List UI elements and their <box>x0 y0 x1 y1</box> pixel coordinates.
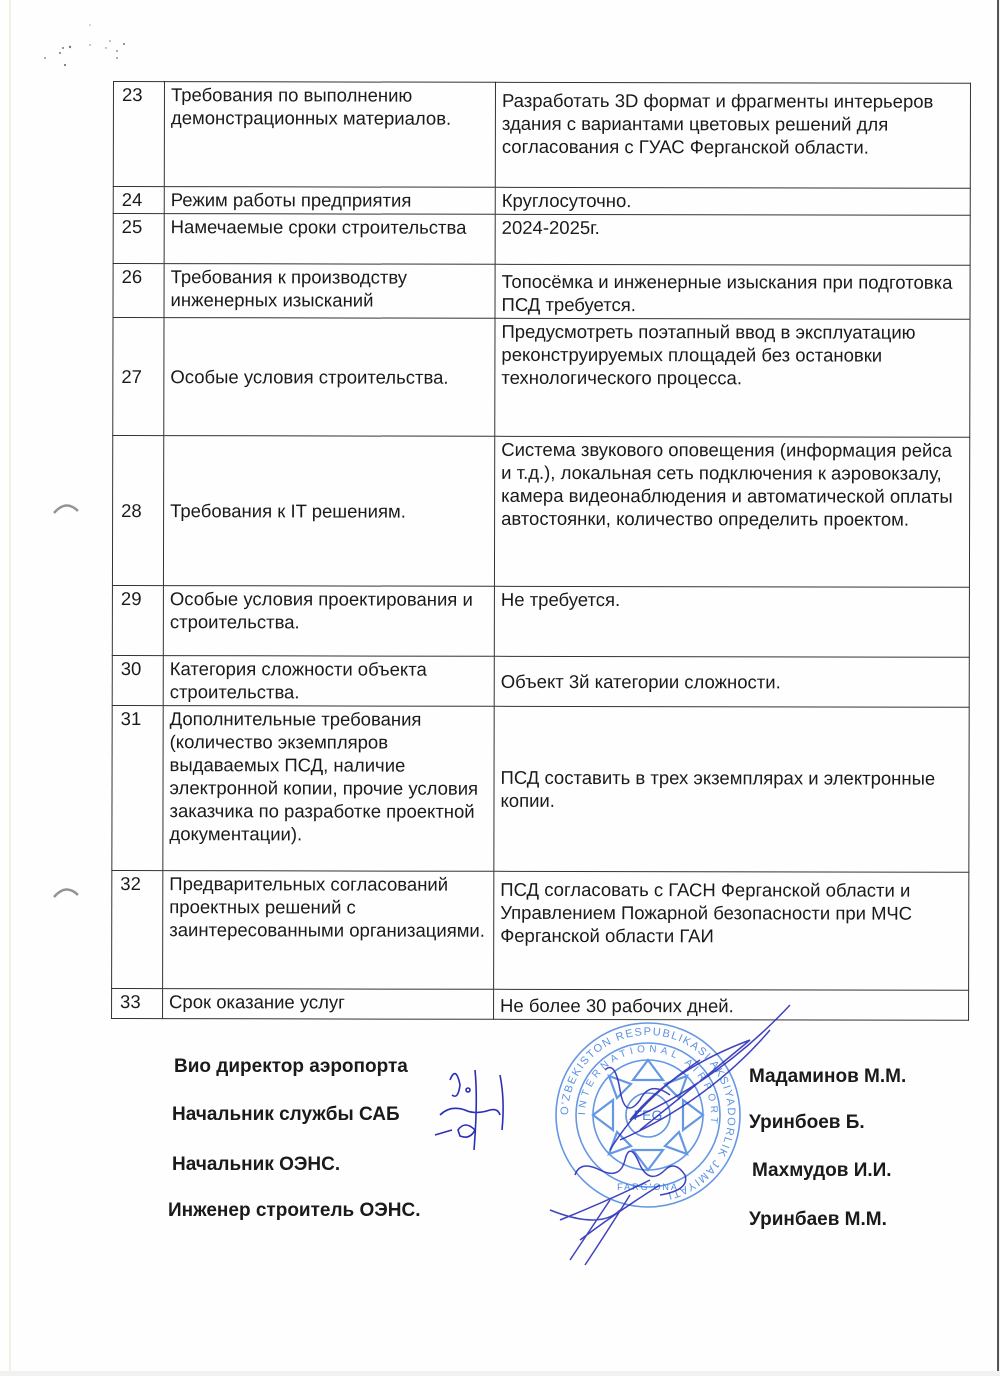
table-row: 33 Срок оказание услуг Не более 30 рабоч… <box>112 988 969 1020</box>
table-row: 27 Особые условия строительства. Предусм… <box>113 318 970 438</box>
row-number: 26 <box>113 264 164 318</box>
row-number: 29 <box>112 585 163 655</box>
table-row: 28 Требования к IT решениям. Система зву… <box>112 436 969 588</box>
signatory-role: Начальник ОЭНС. <box>172 1154 340 1176</box>
row-number: 25 <box>113 214 164 264</box>
requirements-table: 23 Требования по выполнению демонстрацио… <box>111 81 971 1021</box>
svg-text:O'ZBEKISTON RESPUBLIKASI AKSIY: O'ZBEKISTON RESPUBLIKASI AKSIYADORLIK JA… <box>559 1026 737 1202</box>
row-number: 24 <box>113 187 164 214</box>
row-number: 30 <box>112 655 163 705</box>
hole-punch-mark <box>52 884 80 898</box>
row-value: Круглосуточно. <box>495 187 970 215</box>
table-row: 30 Категория сложности объекта строитель… <box>112 655 969 707</box>
row-value: Система звукового оповещения (информация… <box>494 436 969 587</box>
table-row: 24 Режим работы предприятия Круглосуточн… <box>113 187 970 216</box>
svg-text:INTERNATIONAL AIRPORT: INTERNATIONAL AIRPORT <box>577 1044 719 1128</box>
row-name: Особые условия строительства. <box>164 318 495 437</box>
hole-punch-mark <box>52 500 80 514</box>
table-row: 26 Требования к производству инженерных … <box>113 264 970 320</box>
row-name: Предварительных согласований проектных р… <box>163 871 494 990</box>
signatory-role: Инженер строитель ОЭНС. <box>168 1200 421 1222</box>
signatory-name: Уринбаев М.М. <box>749 1209 887 1231</box>
row-name: Дополнительные требования (количество эк… <box>163 706 494 872</box>
row-value: ПСД составить в трех экземплярах и элект… <box>494 706 969 872</box>
row-value: ПСД согласовать с ГАСН Ферганской област… <box>494 871 969 990</box>
table-row: 32 Предварительных согласований проектны… <box>112 870 969 990</box>
row-name: Категория сложности объекта строительств… <box>163 656 494 707</box>
row-value: Разработать 3D формат и фрагменты интерь… <box>495 82 970 188</box>
row-name: Особые условия проектирования и строител… <box>163 586 494 657</box>
row-name: Намечаемые сроки строительства <box>164 214 495 265</box>
row-value: Предусмотреть поэтапный ввод в эксплуата… <box>495 318 970 437</box>
signatory-name: Мадаминов М.М. <box>749 1066 906 1088</box>
row-number: 33 <box>112 988 163 1018</box>
row-number: 28 <box>112 436 163 586</box>
signatory-role: Начальник службы САБ <box>172 1104 400 1126</box>
row-name: Требования к производству инженерных изы… <box>164 264 495 319</box>
row-name: Режим работы предприятия <box>164 187 495 215</box>
row-name: Требования к IT решениям. <box>163 436 494 587</box>
signatory-name: Махмудов И.И. <box>752 1160 892 1182</box>
row-value: Объект 3й категории сложности. <box>494 656 969 707</box>
table-row: 29 Особые условия проектирования и строи… <box>112 585 969 657</box>
table-row: 23 Требования по выполнению демонстрацио… <box>113 82 970 189</box>
row-value: Топосёмка и инженерные изыскания при под… <box>495 264 970 319</box>
row-number: 31 <box>112 705 163 870</box>
document-page: 23 Требования по выполнению демонстрацио… <box>0 0 999 1371</box>
svg-text:FARG'ONA: FARG'ONA <box>617 1182 679 1192</box>
svg-text:FEG: FEG <box>634 1107 663 1123</box>
page-margin-line <box>9 0 11 1371</box>
row-name: Требования по выполнению демонстрационны… <box>164 82 495 188</box>
row-value: 2024-2025г. <box>495 214 970 265</box>
row-value: Не требуется. <box>494 586 969 657</box>
signatory-name: Уринбоев Б. <box>749 1112 865 1134</box>
official-stamp: O'ZBEKISTON RESPUBLIKASI AKSIYADORLIK JA… <box>553 1020 743 1210</box>
row-value: Не более 30 рабочих дней. <box>494 989 969 1020</box>
row-number: 23 <box>113 82 164 187</box>
row-number: 27 <box>113 318 164 436</box>
scan-specks <box>40 20 140 70</box>
table-row: 25 Намечаемые сроки строительства 2024-2… <box>113 214 970 266</box>
handwritten-signature <box>430 1060 530 1160</box>
row-number: 32 <box>112 870 163 988</box>
table-row: 31 Дополнительные требования (количество… <box>112 705 969 872</box>
signatory-role: Вио директор аэропорта <box>174 1056 408 1078</box>
row-name: Срок оказание услуг <box>163 989 494 1020</box>
